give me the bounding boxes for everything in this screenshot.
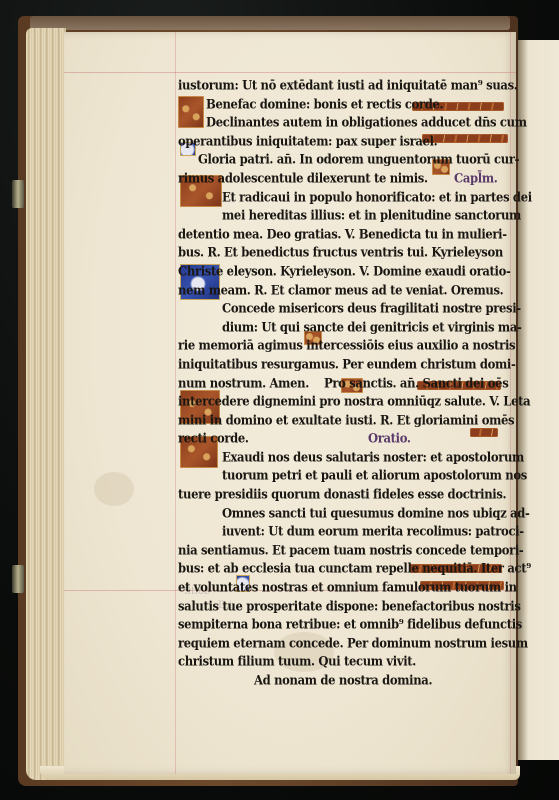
text-line: iustorum: Ut nō extēdant iusti ad iniqui… — [178, 75, 508, 96]
ruling-line — [175, 32, 176, 774]
text-line: Concede misericors deus fragilitati nost… — [178, 298, 508, 319]
text-block: iustorum: Ut nō extēdant iusti ad iniqui… — [178, 76, 508, 690]
text-line: Ad nonam de nostra domina. — [178, 670, 508, 691]
text-line: iniquitatibus resurgamus. Per eundem chr… — [178, 354, 508, 375]
stain — [94, 472, 134, 506]
text-line: mei hereditas illius: et in plenitudine … — [178, 205, 508, 226]
text-line: Declinantes autem in obligationes adduce… — [178, 112, 508, 133]
text-line: tuere presidiis quorum donasti fideles e… — [178, 484, 508, 505]
ruling-line — [64, 72, 516, 73]
text-span: num nostrum. Amen. — [178, 375, 309, 391]
text-line: rimus adolescentule dilexerunt te nimis.… — [178, 168, 508, 189]
text-span: recti corde. — [178, 430, 249, 446]
text-line: sempiterna bona retribue: et omnib⁹ fide… — [178, 614, 508, 635]
text-line: Christe eleyson. Kyrieleyson. V. Domine … — [178, 261, 508, 282]
cover-top-edge — [30, 16, 510, 30]
text-span: rimus adolescentule dilexerunt te nimis. — [178, 170, 428, 186]
text-line: recti corde.Oratio. — [178, 428, 508, 449]
page-edges-left — [26, 28, 66, 780]
text-line: iuvent: Ut dum eorum merita recolimus: p… — [178, 521, 508, 542]
text-line: intercedere dignemini pro nostra omniūqz… — [178, 391, 508, 412]
text-line: et voluntates nostras et omnium famuloru… — [178, 577, 508, 598]
rubric-oratio: Oratio. — [368, 428, 411, 449]
clasp-lower — [12, 565, 24, 593]
clasp-upper — [12, 180, 24, 208]
rubric-capitulum: Capl̄m. — [454, 168, 497, 189]
